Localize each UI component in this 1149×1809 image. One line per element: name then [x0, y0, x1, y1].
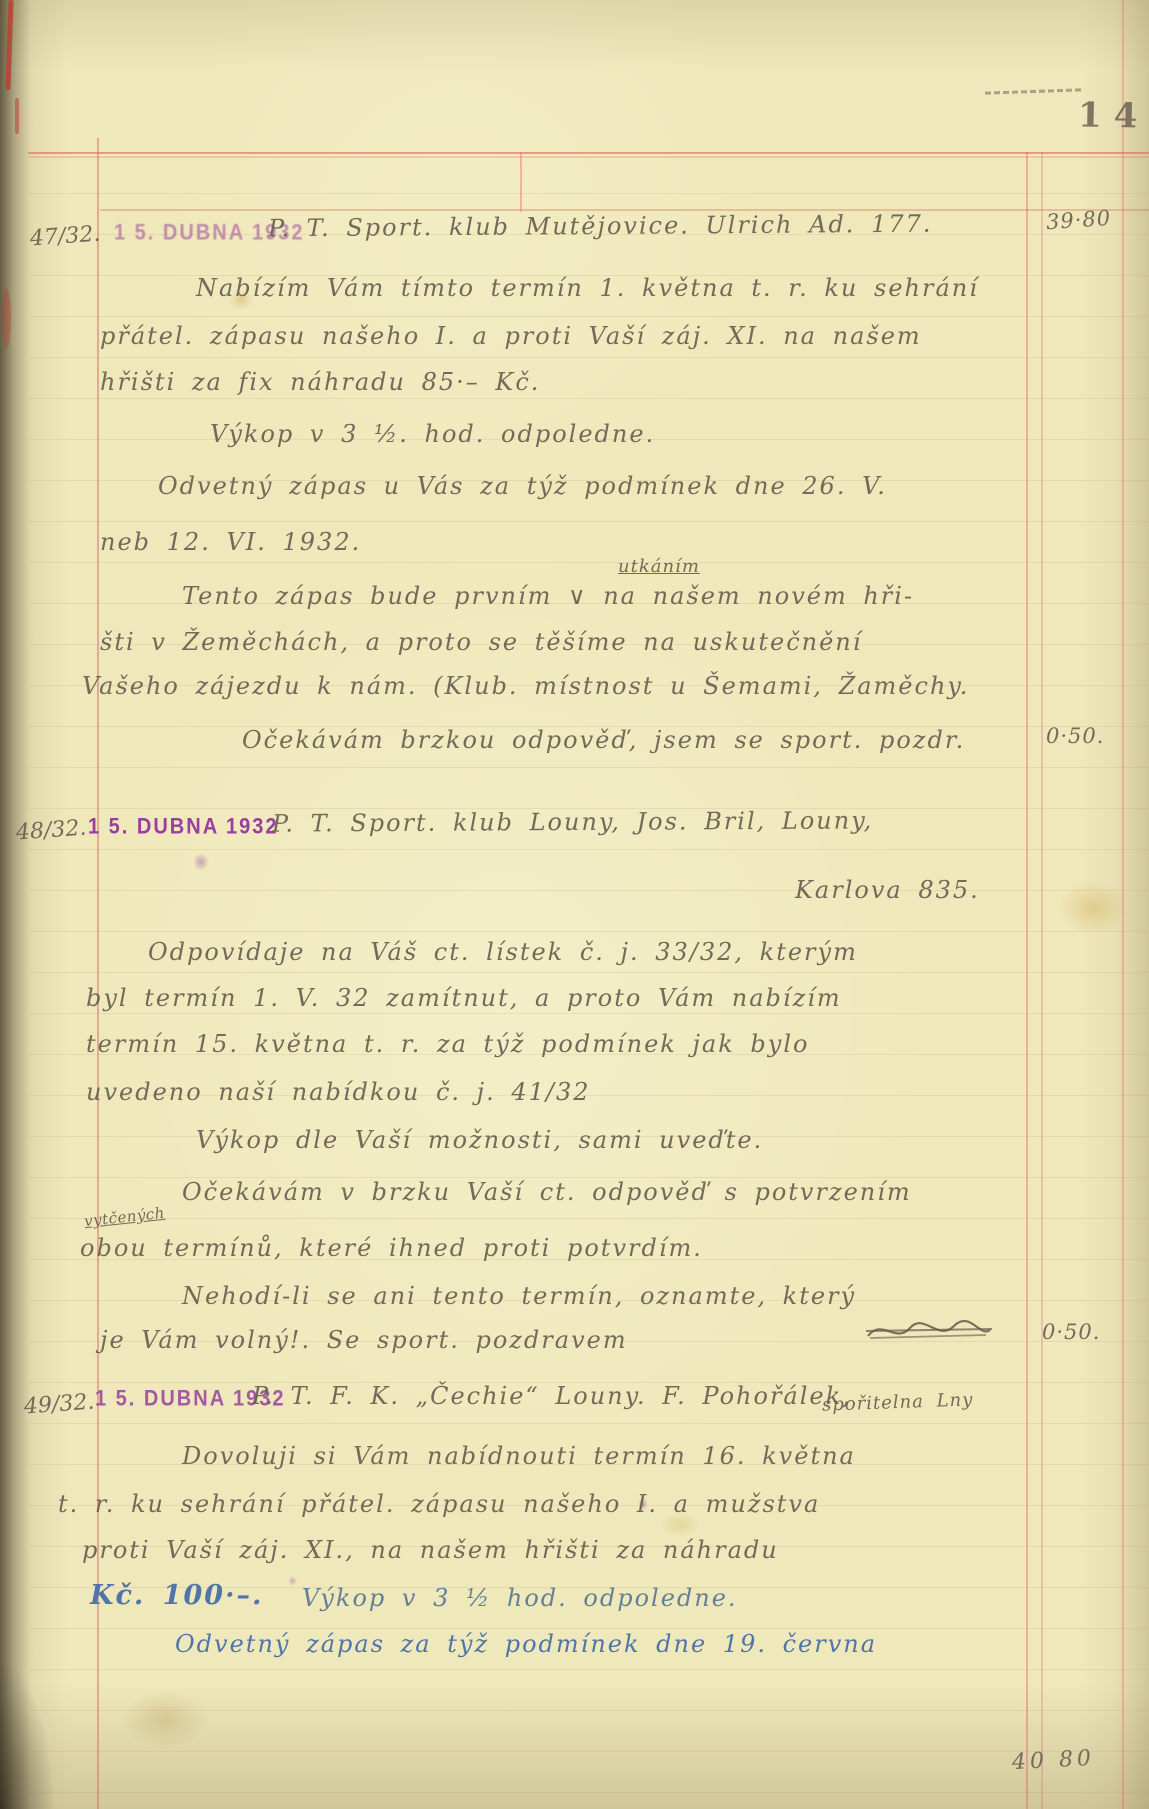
- red-edge-streak: [15, 98, 19, 134]
- handwriting-line: přátel. zápasu našeho I. a proti Vaší zá…: [100, 322, 922, 350]
- handwriting-line: šti v Žeměchách, a proto se těšíme na us…: [100, 628, 862, 656]
- handwriting-line: Dovoluji si Vám nabídnouti termín 16. kv…: [182, 1442, 856, 1470]
- torn-left-edge: [0, 0, 30, 1809]
- handwriting-line: Odvetný zápas u Vás za týž podmínek dne …: [158, 472, 887, 500]
- handwriting-line: Tento zápas bude prvním ∨ na našem novém…: [182, 582, 914, 610]
- entry-ref: 49/32.: [23, 1390, 95, 1420]
- inserted-word: utkáním: [618, 556, 700, 577]
- handwriting-line: Vašeho zájezdu k nám. (Klub. místnost u …: [82, 672, 969, 700]
- paper-stain: [120, 1690, 210, 1750]
- money-value: 0·50.: [1042, 1320, 1100, 1344]
- handwriting-line: uvedeno naší nabídkou č. j. 41/32: [86, 1078, 591, 1106]
- header-rule-top: [28, 152, 1149, 154]
- handwriting-line: je Vám volný!. Se sport. pozdravem: [100, 1326, 628, 1354]
- handwriting-line: Kč. 100·–.: [90, 1580, 263, 1611]
- handwriting-line: Očekávám v brzku Vaší ct. odpověď s potv…: [182, 1178, 912, 1206]
- handwriting-line: proti Vaší záj. XI., na našem hřišti za …: [82, 1536, 779, 1564]
- date-stamp: 1 5. DUBNA 1932: [88, 815, 278, 840]
- purple-ink-smudge: [193, 853, 209, 871]
- money-value: 0·50.: [1046, 724, 1104, 748]
- entry-ref: 47/32.: [29, 222, 101, 252]
- scribbled-out-word: [862, 1314, 997, 1352]
- dark-corner-shadow: [0, 1659, 55, 1809]
- entry-ref: 48/32.: [15, 816, 87, 846]
- handwriting-line: Výkop v 3 ½. hod. odpoledne.: [210, 420, 655, 448]
- page-number-stamp: 14: [1078, 95, 1149, 136]
- header-rule-second: [100, 209, 1149, 211]
- ledger-page-scan: 14 47/32. 1 5. DUBNA 1932 P. T. Sport. k…: [0, 0, 1149, 1809]
- handwriting-line: Odpovídaje na Váš ct. lístek č. j. 33/32…: [148, 938, 858, 966]
- addressee-line: Karlova 835.: [795, 876, 980, 904]
- handwriting-line: byl termín 1. V. 32 zamítnut, a proto Vá…: [86, 984, 842, 1012]
- pencil-total: 40 80: [1011, 1746, 1095, 1775]
- handwriting-line: Výkop dle Vaší možnosti, sami uveďte.: [196, 1126, 763, 1154]
- paper-stain: [1058, 880, 1128, 936]
- money-value: 39·80: [1045, 206, 1112, 234]
- handwriting-line: Výkop v 3 ½ hod. odpoledne.: [302, 1584, 738, 1612]
- pencil-dash-mark: [985, 88, 1081, 94]
- handwriting-line: Nabízím Vám tímto termín 1. května t. r.…: [196, 274, 979, 302]
- handwriting-line: Odvetný zápas za týž podmínek dne 19. če…: [175, 1630, 877, 1658]
- handwriting-line: obou termínů, které ihned proti potvrdím…: [80, 1234, 703, 1262]
- purple-ink-smudge: [288, 1576, 297, 1586]
- red-edge-streak: [2, 288, 11, 348]
- handwriting-line: Očekávám brzkou odpověď, jsem se sport. …: [242, 726, 965, 754]
- money-column-rule-inner: [1041, 152, 1043, 1809]
- handwriting-line: t. r. ku sehrání přátel. zápasu našeho I…: [58, 1490, 820, 1518]
- handwriting-line: neb 12. VI. 1932.: [100, 528, 361, 556]
- addressee-line: P. T. Sport. klub Mutějovice. Ulrich Ad.…: [268, 210, 933, 243]
- handwriting-line: hřišti za fix náhradu 85·– Kč.: [100, 368, 540, 396]
- addressee-line: P. T. Sport. klub Louny, Jos. Bril, Loun…: [272, 806, 873, 837]
- handwriting-line: Nehodí-li se ani tento termín, oznamte, …: [182, 1282, 856, 1310]
- header-column-rule: [520, 152, 522, 212]
- handwriting-line: termín 15. května t. r. za týž podmínek …: [86, 1030, 809, 1058]
- money-column-rule: [1026, 152, 1028, 1809]
- addressee-line: P. T. F. K. „Čechie“ Louny. F. Pohořálek…: [252, 1382, 852, 1410]
